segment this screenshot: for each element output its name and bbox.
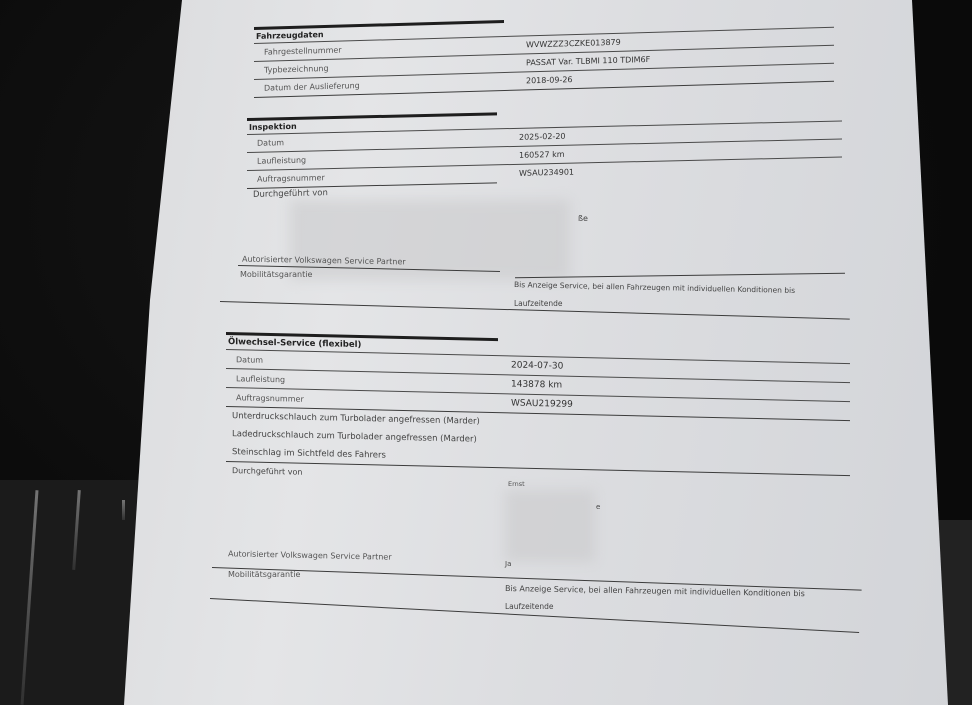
partner-value: Ja (505, 560, 511, 568)
redacted-area (505, 490, 595, 562)
row-value: WSAU234901 (519, 168, 574, 178)
mobility-value-cont: Laufzeitende (514, 299, 563, 308)
row-label: Datum der Auslieferung (254, 76, 526, 93)
row-label: Datum (226, 355, 511, 370)
row-value: WSAU219299 (511, 398, 573, 409)
mobility-label: Mobilitätsgarantie (228, 570, 300, 579)
row-label: Laufleistung (226, 374, 511, 389)
performed-by-fragment: Ernst (508, 480, 525, 488)
row-value: 160527 km (519, 150, 565, 160)
row-label: Laufleistung (247, 151, 519, 166)
row-label: Auftragsnummer (226, 393, 511, 408)
performed-by-fragment: ße (578, 214, 588, 223)
row-value: 2018-09-26 (526, 75, 573, 85)
row-value: PASSAT Var. TLBMI 110 TDIM6F (526, 55, 650, 67)
row-value: 2025-02-20 (519, 132, 566, 142)
mobility-value: Bis Anzeige Service, bei allen Fahrzeuge… (514, 280, 795, 295)
row-label: Datum (247, 133, 519, 148)
section-oil-service: Ölwechsel-Service (flexibel) Datum 2024-… (226, 332, 850, 494)
partner-label: Autorisierter Volkswagen Service Partner (228, 549, 392, 561)
partner-label: Autorisierter Volkswagen Service Partner (242, 255, 406, 267)
section-inspection: Inspektion Datum 2025-02-20 Laufleistung… (247, 104, 842, 203)
row-value: WVWZZZ3CZKE013879 (526, 38, 621, 50)
row-label: Auftragsnummer (247, 169, 519, 184)
performed-by-fragment-2: e (596, 503, 600, 511)
mobility-value-cont: Laufzeitende (505, 602, 554, 611)
mobility-label: Mobilitätsgarantie (240, 270, 312, 279)
row-value: 2024-07-30 (511, 360, 563, 371)
section-vehicle-data: Fahrzeugdaten Fahrgestellnummer WVWZZZ3C… (254, 11, 834, 98)
service-document: Fahrzeugdaten Fahrgestellnummer WVWZZZ3C… (0, 0, 972, 705)
row-value: 143878 km (511, 379, 562, 390)
photo-scene: Fahrzeugdaten Fahrgestellnummer WVWZZZ3C… (0, 0, 972, 705)
